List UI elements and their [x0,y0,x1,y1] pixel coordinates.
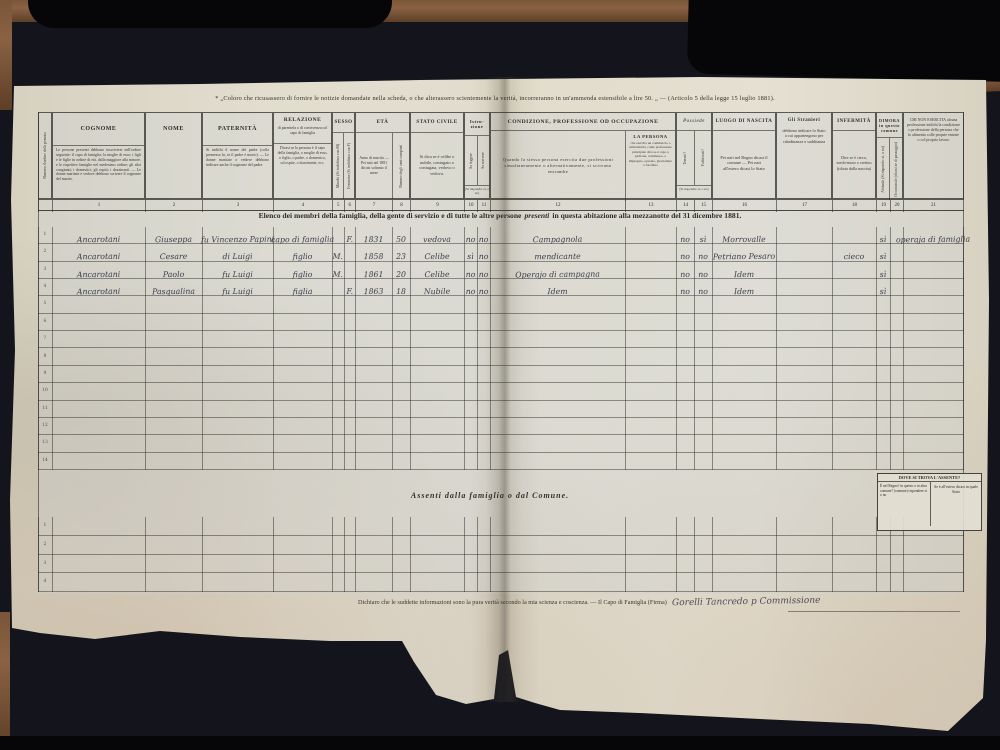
row-cell-persona [625,435,676,454]
stato-desc: Si dica se è celibe o nubile, coniugato … [411,133,463,197]
row-cell-relazione [273,400,332,419]
row-cell-scrive [477,383,490,401]
paternita-title: PATERNITÀ [203,113,272,145]
column-rule [464,517,465,592]
row-cell-terreni: no [676,244,694,263]
row-cell-n: 11 [38,400,52,418]
row-cell-luogo [712,418,776,437]
row-cell-abituale [876,348,890,366]
row-cell-anni [392,383,410,402]
row-cell-luogo [712,313,776,332]
row-cell-luogo [712,383,776,402]
row-cell-anni [392,400,410,419]
row-cell-stato [410,296,464,315]
column-rule [776,517,777,592]
rownum-label: Numero d'ordine della persona [43,132,47,179]
header-number-strip: 123456789101112131415161718192021 [38,199,964,211]
table-row: 8 [38,349,964,366]
header-rownum: Numero d'ordine della persona [38,112,52,199]
row-cell-anno [355,383,392,402]
row-cell-stranieri [776,452,832,471]
row-cell-infermita [832,348,876,367]
istruzione-nota: (Si risponda: sì, o no) [465,185,489,196]
row-cell-relazione [273,517,332,537]
row-cell-legge [464,554,477,574]
row-cell-stranieri [776,400,832,419]
table-row: 2 [38,536,964,555]
row-cell-abituale [876,296,890,314]
row-cell-m: M. [332,262,344,280]
row-cell-stranieri [776,535,832,555]
row-cell-infermita [832,383,876,402]
dimora-abituale-label: Abituale (Si risponda: sì, o no) [881,146,885,193]
row-cell-occasionale [890,400,903,418]
row-cell-stranieri [776,331,832,350]
row-cell-anni [392,573,410,593]
row-cell-fabbricati [694,573,712,593]
row-cell-f [343,296,355,314]
column-rule [694,227,695,470]
row-cell-anni [392,453,410,472]
header-stato: STATO CIVILE Si dica se è celibe o nubil… [410,112,464,199]
row-cell-legge: sì [464,244,477,262]
row-cell-cognome [52,554,145,575]
row-cell-stato [410,435,464,454]
row-cell-cognome [52,435,145,454]
row-cell-luogo [712,517,776,537]
row-cell-anno: 1861 [355,262,392,281]
row-cell-anno [355,314,392,333]
row-cell-chinon [903,366,963,385]
row-cell-f [343,244,355,262]
row-cell-professione [490,330,625,350]
table-row: 9 [38,366,964,383]
row-cell-infermita: cieco [832,244,876,263]
sesso-femmine-label: Femmine (Si indichino con F) [347,143,351,189]
row-cell-paternita [202,517,273,537]
row-cell-f [343,401,355,419]
row-cell-abituale [876,554,890,574]
column-rule [477,517,478,592]
row-cell-scrive [477,517,490,537]
row-cell-terreni [676,573,694,593]
row-cell-m [332,314,344,332]
black-cover-top-right [687,0,1000,82]
row-cell-stato [410,554,464,574]
row-cell-fabbricati [694,536,712,556]
row-cell-relazione: figlio [273,244,332,263]
row-cell-abituale: sì [876,262,890,280]
row-cell-occasionale [890,418,903,436]
dove-in-regno: È nel Regno? in questo o in altro comune… [878,482,931,526]
row-cell-cognome [52,400,145,419]
condizione-desc: Quando la stessa persona esercita due pr… [491,157,625,174]
column-rule [676,517,677,592]
row-cell-legge: no [464,262,477,280]
row-cell-occasionale [890,453,903,471]
infermita-desc: Dire se è cieco, sordo-muto o cretino (i… [833,131,875,195]
row-cell-fabbricati [694,348,712,367]
row-cell-anno [355,418,392,437]
header-istruzione: Istru-zione Sa leggere Sa scrivere (Si r… [464,112,490,199]
row-cell-n: 5 [38,296,52,314]
row-cell-anni [392,517,410,537]
row-cell-persona [625,314,676,333]
row-cell-abituale: sì [876,279,890,297]
row-cell-terreni [676,418,694,437]
row-cell-anni [392,314,410,333]
condizione-title: CONDIZIONE, PROFESSIONE OD OCCUPAZIONE [491,113,675,131]
row-cell-nome [145,366,202,385]
row-cell-f [343,536,355,556]
row-cell-fabbricati [694,517,712,537]
row-cell-fabbricati [694,383,712,402]
row-cell-terreni [676,517,694,537]
row-cell-occasionale [890,554,903,574]
column-rule [273,227,274,470]
row-cell-abituale [876,536,890,556]
row-cell-stranieri [776,573,832,593]
row-cell-relazione [273,383,332,402]
row-cell-fabbricati [694,418,712,437]
row-cell-chinon [903,296,963,315]
row-cell-nome [145,331,202,350]
row-cell-persona [625,331,676,350]
row-cell-luogo [712,452,776,471]
row-cell-anni [392,331,410,350]
table-row: 11 [38,401,964,418]
row-cell-chinon [903,418,963,437]
row-cell-scrive: no [477,262,490,280]
row-cell-relazione [273,331,332,350]
row-cell-stranieri [776,261,832,280]
row-cell-legge [464,453,477,471]
signature-rule [788,611,960,612]
declaration-text: Dichiaro che le suddette informazioni so… [358,599,667,606]
header-possiede: Possiede Terreni? Fabbricati? (Si rispon… [676,112,712,199]
row-cell-legge: no [464,227,477,245]
row-cell-m [332,366,344,384]
row-cell-professione [490,516,625,537]
row-cell-fabbricati [694,435,712,454]
row-cell-f [343,383,355,401]
row-cell-legge [464,383,477,401]
row-cell-relazione [273,366,332,385]
row-cell-stranieri [776,348,832,367]
row-cell-cognome [52,573,145,594]
row-cell-terreni [676,453,694,472]
assenti-heading: Assenti dalla famiglia o dal Comune. [180,491,800,500]
fabbricati-label: Fabbricati? [701,149,705,166]
row-cell-nome: Paolo [145,261,202,280]
row-cell-relazione [273,418,332,437]
declaration-line: Dichiaro che le suddette informazioni so… [358,597,962,607]
column-rule [625,517,626,592]
row-cell-cognome [52,452,145,471]
row-cell-stato: vedova [410,227,464,246]
row-cell-m [332,536,344,556]
row-cell-m [332,418,344,436]
row-cell-anno: 1858 [355,244,392,263]
row-cell-stato [410,452,464,471]
row-cell-anni [392,435,410,454]
row-cell-paternita [202,573,273,593]
row-cell-luogo [712,366,776,385]
row-cell-anno [355,554,392,574]
row-cell-luogo [712,535,776,555]
row-cell-paternita [202,331,273,350]
row-cell-terreni [676,348,694,367]
row-cell-occasionale [890,383,903,401]
row-cell-nome [145,383,202,402]
header-stranieri: Gli Stranieri debbono indicare lo Stato … [776,112,832,199]
row-cell-m [332,517,344,537]
row-cell-anno [355,452,392,471]
eta-anno-label: Anno di nascita — Pei nati nel 1881 dica… [356,155,392,177]
header-dimora: DIMORA in questo comune Abituale (Si ris… [876,112,903,199]
row-cell-anno [355,400,392,419]
list-subtitle: Elenco dei membri della famiglia, della … [80,211,920,220]
row-cell-anno [355,296,392,315]
row-cell-persona [625,383,676,402]
row-cell-n: 9 [38,366,52,384]
dimora-title: DIMORA in questo comune [877,113,902,138]
row-cell-persona [625,400,676,419]
row-cell-infermita [832,400,876,419]
column-rule [890,227,891,470]
row-cell-fabbricati: no [694,244,712,263]
row-cell-stranieri [776,418,832,437]
table-row: 12 [38,418,964,435]
subtitle-presenti: presenti [524,211,549,220]
column-rule [355,517,356,592]
row-cell-n: 13 [38,435,52,453]
row-cell-m [332,435,344,453]
row-cell-infermita [832,573,876,593]
row-cell-f [343,554,355,574]
row-cell-luogo: Idem [712,261,776,280]
column-rule [712,517,713,592]
table-row: 3AncarotaniPaolofu LuigifiglioM.186120Ce… [38,262,964,279]
row-cell-paternita [202,535,273,555]
row-cell-nome: Cesare [145,244,202,263]
column-rule [876,227,877,470]
stato-title: STATO CIVILE [411,113,463,133]
row-cell-nome [145,418,202,437]
row-cell-m [332,554,344,574]
row-cell-abituale [876,366,890,384]
header-infermita: INFERMITÀ Dire se è cieco, sordo-muto o … [832,112,876,199]
row-cell-n: 10 [38,383,52,401]
row-cell-f [343,314,355,332]
nome-title: NOME [146,113,201,145]
table-row: 4 [38,573,964,592]
column-rule [464,227,465,470]
subtitle-post: in questa abitazione alla mezzanotte del… [552,211,741,220]
row-cell-chinon [903,573,963,593]
row-cell-abituale [876,331,890,349]
desk-wood-bottom-left-sliver [0,612,10,750]
row-cell-n: 4 [38,573,52,593]
possiede-nota: (Si risponda: sì, o no) [677,185,711,192]
row-cell-terreni [676,554,694,574]
row-cell-infermita [832,279,876,298]
row-cell-chinon [903,383,963,402]
row-cell-luogo: Petriano Pesaro [712,244,776,263]
infermita-title: INFERMITÀ [833,113,875,131]
row-cell-stranieri [776,554,832,574]
column-rule [38,227,39,470]
bottom-black-bar [0,736,1000,750]
row-cell-stato [410,331,464,350]
dove-estero: Se è all'estero dicasi in quale Stato [931,482,981,526]
row-cell-legge: no [464,279,477,297]
row-cell-abituale [876,383,890,401]
relazione-sub: di parentela o di convivenza col capo di… [274,126,331,136]
header-nome: NOME [145,112,202,199]
row-cell-chinon [903,435,963,454]
row-cell-legge [464,366,477,384]
row-cell-terreni [676,296,694,315]
row-cell-infermita [832,314,876,333]
table-row: 7 [38,331,964,348]
istruzione-title: Istru-zione [465,113,489,136]
row-cell-nome [145,313,202,332]
row-cell-occasionale [890,262,903,280]
row-cell-legge [464,536,477,556]
row-cell-anni [392,366,410,385]
row-cell-scrive [477,400,490,418]
row-cell-chinon [903,400,963,419]
chinon-text: CHI NON ESERCITA alcuna professione indi… [904,113,963,144]
row-cell-paternita [202,296,273,315]
column-rule [832,517,833,592]
row-cell-luogo [712,296,776,315]
persona-desc: che esercita un commercio o un'industria… [626,141,675,167]
column-rule [145,227,146,470]
row-cell-stranieri [776,244,832,263]
row-cell-stato: Celibe [410,244,464,263]
row-cell-occasionale [890,366,903,384]
row-cell-legge [464,400,477,418]
row-cell-luogo [712,554,776,574]
row-cell-fabbricati [694,366,712,385]
row-cell-professione [490,382,625,402]
row-cell-occasionale [890,279,903,297]
row-cell-nome [145,348,202,367]
row-cell-abituale [876,314,890,332]
dove-assente-box: DOVE SI TROVA L'ASSENTE? È nel Regno? in… [877,473,982,531]
row-cell-anno [355,348,392,367]
header-relazione: RELAZIONE di parentela o di convivenza c… [273,112,332,199]
dove-title: DOVE SI TROVA L'ASSENTE? [878,474,981,482]
row-cell-stato [410,535,464,555]
row-cell-m [332,348,344,366]
row-cell-occasionale [890,573,903,593]
row-cell-stato [410,418,464,437]
row-cell-fabbricati [694,400,712,419]
row-cell-terreni: no [676,262,694,281]
row-cell-scrive [477,331,490,349]
row-cell-nome [145,296,202,315]
row-cell-f [343,366,355,384]
census-sheet-photo: * „Coloro che ricusassero di fornire le … [0,0,1000,750]
header-cognome: COGNOME Le persone presenti debbono insc… [52,112,145,199]
row-cell-stranieri [776,517,832,537]
presenti-table-body: 1AncarotaniGiuseppafu Vincenzo Papinicap… [38,227,964,470]
subtitle-pre: Elenco dei membri della famiglia, della … [259,211,522,220]
row-cell-legge [464,314,477,332]
row-cell-f [343,418,355,436]
table-row: 10 [38,383,964,400]
row-cell-persona [625,296,676,315]
row-cell-m [332,227,344,245]
row-cell-scrive [477,536,490,556]
row-cell-legge [464,296,477,314]
row-cell-fabbricati [694,453,712,472]
row-cell-persona [625,227,676,246]
possiede-title: Possiede [677,113,711,131]
relazione-desc: Dicasi se la persona è il capo della fam… [274,144,331,198]
row-cell-nome [145,517,202,537]
row-cell-cognome [52,535,145,556]
column-rule [477,227,478,470]
row-cell-legge [464,517,477,537]
row-cell-chinon [903,244,963,263]
stranieri-desc: debbono indicare lo Stato a cui apparten… [777,128,831,144]
row-cell-n: 2 [38,244,52,262]
row-cell-relazione [273,535,332,555]
row-cell-n: 3 [38,554,52,574]
row-cell-scrive [477,348,490,366]
row-cell-infermita [832,435,876,454]
dimora-occasionale-label: Occasionale (dicasi se di passaggio) [894,142,898,197]
row-cell-infermita [832,418,876,437]
row-cell-legge [464,331,477,349]
table-row: 1AncarotaniGiuseppafu Vincenzo Papinicap… [38,227,964,244]
row-cell-anno [355,517,392,537]
row-cell-m [332,453,344,471]
row-cell-infermita [832,331,876,350]
row-cell-terreni: no [676,227,694,246]
row-cell-anno [355,573,392,593]
row-cell-f [343,348,355,366]
row-cell-professione [490,435,625,455]
row-cell-nome [145,452,202,471]
row-cell-n: 4 [38,279,52,297]
row-cell-anno: 1863 [355,279,392,298]
row-cell-persona [625,452,676,471]
row-cell-occasionale [890,296,903,314]
row-cell-anni [392,348,410,367]
row-cell-stranieri [776,435,832,454]
row-cell-persona [625,573,676,593]
column-rule [625,227,626,470]
sesso-title: SESSO [333,113,354,133]
row-cell-anno: 1831 [355,227,392,246]
row-cell-scrive [477,554,490,574]
row-cell-relazione [273,554,332,574]
row-cell-chinon [903,554,963,574]
row-cell-persona [625,554,676,574]
row-cell-m [332,331,344,349]
row-cell-professione [490,535,625,556]
row-cell-terreni [676,400,694,419]
paternita-desc: Si indichi il nome del padre (colla prem… [203,145,272,200]
row-cell-paternita [202,348,273,367]
row-cell-occasionale [890,348,903,366]
row-cell-n: 1 [38,227,52,245]
